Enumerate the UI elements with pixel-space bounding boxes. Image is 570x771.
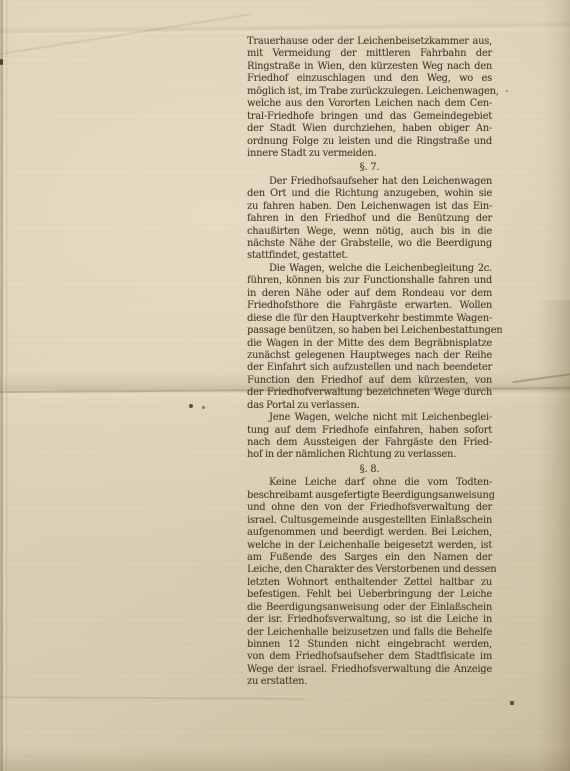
- text-line: Function den Friedhof auf dem kürzesten,…: [247, 375, 492, 387]
- text-line: Leiche, den Charakter des Verstorbenen u…: [247, 564, 492, 576]
- text-line: tung auf dem Friedhofe einfahren, haben …: [247, 425, 492, 437]
- text-line: tral-Friedhofe bringen und das Gemeindeg…: [247, 111, 492, 123]
- text-line: zu erstatten.: [247, 676, 492, 688]
- text-line: innere Stadt zu vermeiden.: [247, 148, 492, 160]
- text-line: möglich ist, im Trabe zurückzulegen. Lei…: [247, 86, 492, 98]
- text-line: der Friedhofverwaltung bezeichneten Wege…: [247, 387, 492, 399]
- text-line: hof in der nämlichen Richtung zu verlass…: [247, 449, 492, 461]
- text-line: führen, können bis zur Functionshalle fa…: [247, 275, 492, 287]
- paragraph: Der Friedhofsaufseher hat den Leichenwag…: [247, 176, 492, 263]
- paragraph: Die Wagen, welche die Leichenbegleitung …: [247, 263, 492, 412]
- ink-speck: [510, 701, 514, 705]
- text-line: den Ort und die Richtung anzugeben, wohi…: [247, 188, 492, 200]
- text-line: Friedhof einzuschlagen und den Weg, wo e…: [247, 73, 492, 85]
- text-line: Jene Wagen, welche nicht mit Leichenbegl…: [247, 412, 492, 424]
- text-line: von dem Friedhofsaufseher dem Stadtfisic…: [247, 651, 492, 663]
- text-line: zu fahren haben. Den Leichenwagen ist da…: [247, 201, 492, 213]
- text-line: fahren in den Friedhof und die Benützung…: [247, 213, 492, 225]
- text-line: Wege der israel. Friedhofsverwaltung die…: [247, 664, 492, 676]
- text-line: diese die für den Hauptverkehr bestimmte…: [247, 313, 492, 325]
- ink-speck: [202, 406, 205, 409]
- text-line: der Einfahrt sich aufzustellen und nach …: [247, 362, 492, 374]
- text-line: die Beerdigungsanweisung oder der Einlaß…: [247, 602, 492, 614]
- text-line: chaußirten Wege, wenn nötig, auch bis in…: [247, 226, 492, 238]
- section-heading: §. 8.: [247, 464, 492, 476]
- text-line: und ohne den von der Friedhofsverwaltung…: [247, 502, 492, 514]
- text-line: in deren Nähe oder auf dem Rondeau vor d…: [247, 288, 492, 300]
- text-line: beschreibamt ausgefertigte Beerdigungsan…: [247, 490, 492, 502]
- paragraph: Keine Leiche darf ohne die vom Todten-be…: [247, 477, 492, 688]
- text-line: der isr. Friedhofsverwaltung, so ist die…: [247, 614, 492, 626]
- section-heading: §. 7.: [247, 162, 492, 174]
- text-line: stattfindet, gestattet.: [247, 250, 492, 262]
- right-lower-edge-shadow: [536, 300, 570, 771]
- text-line: ordnung Folge zu leisten und die Ringstr…: [247, 136, 492, 148]
- paragraph: Trauerhause oder der Leichenbeisetzkamme…: [247, 36, 492, 160]
- text-line: aufgenommen und beerdigt werden. Bei Lei…: [247, 527, 492, 539]
- text-line: letzten Wohnort enthaltender Zettel halt…: [247, 577, 492, 589]
- ink-speck: [189, 404, 193, 408]
- left-edge-crease: [0, 0, 9, 771]
- text-line: der Leichenhalle beizusetzen und falls d…: [247, 627, 492, 639]
- text-line: Friedhofsthore die Fahrgäste erwarten. W…: [247, 300, 492, 312]
- text-line: binnen 12 Stunden nicht eingebracht werd…: [247, 639, 492, 651]
- text-line: nächste Nähe der Grabstelle, wo die Beer…: [247, 238, 492, 250]
- text-line: welche in der Leichenhalle beigesetzt we…: [247, 540, 492, 552]
- text-column: Trauerhause oder der Leichenbeisetzkamme…: [247, 36, 492, 689]
- text-line: Ringstraße in Wien, den kürzesten Weg na…: [247, 61, 492, 73]
- text-line: Trauerhause oder der Leichenbeisetzkamme…: [247, 36, 492, 48]
- scanned-document-page: Trauerhause oder der Leichenbeisetzkamme…: [0, 0, 570, 771]
- text-line: Die Wagen, welche die Leichenbegleitung …: [247, 263, 492, 275]
- text-line: welche aus den Vororten Leichen nach dem…: [247, 98, 492, 110]
- edge-speck: [0, 59, 3, 65]
- text-line: Keine Leiche darf ohne die vom Todten-: [247, 477, 492, 489]
- ink-speck: [506, 90, 508, 92]
- text-line: die Wagen in der Mitte des dem Begräbnis…: [247, 338, 492, 350]
- text-line: israel. Cultusgemeinde ausgestellten Ein…: [247, 515, 492, 527]
- top-fold-crease: [0, 20, 570, 37]
- text-line: passage benützen, so haben bei Leichenbe…: [247, 325, 492, 337]
- text-line: Der Friedhofsaufseher hat den Leichenwag…: [247, 176, 492, 188]
- paragraph: Jene Wagen, welche nicht mit Leichenbegl…: [247, 412, 492, 462]
- bottom-edge-shadow: [0, 747, 570, 771]
- text-line: das Portal zu verlassen.: [247, 400, 492, 412]
- text-line: der Stadt Wien durchziehen, haben obiger…: [247, 123, 492, 135]
- text-line: zunächst gelegenen Hauptweges nach der R…: [247, 350, 492, 362]
- text-line: mit Vermeidung der mittleren Fahrbahn de…: [247, 48, 492, 60]
- text-line: nach dem Aussteigen der Fahrgäste den Fr…: [247, 437, 492, 449]
- text-line: befestigen. Fehlt bei Ueberbringung der …: [247, 589, 492, 601]
- bottom-fold-crease: [0, 696, 305, 699]
- text-line: am Fußende des Sarges ein den Namen der: [247, 552, 492, 564]
